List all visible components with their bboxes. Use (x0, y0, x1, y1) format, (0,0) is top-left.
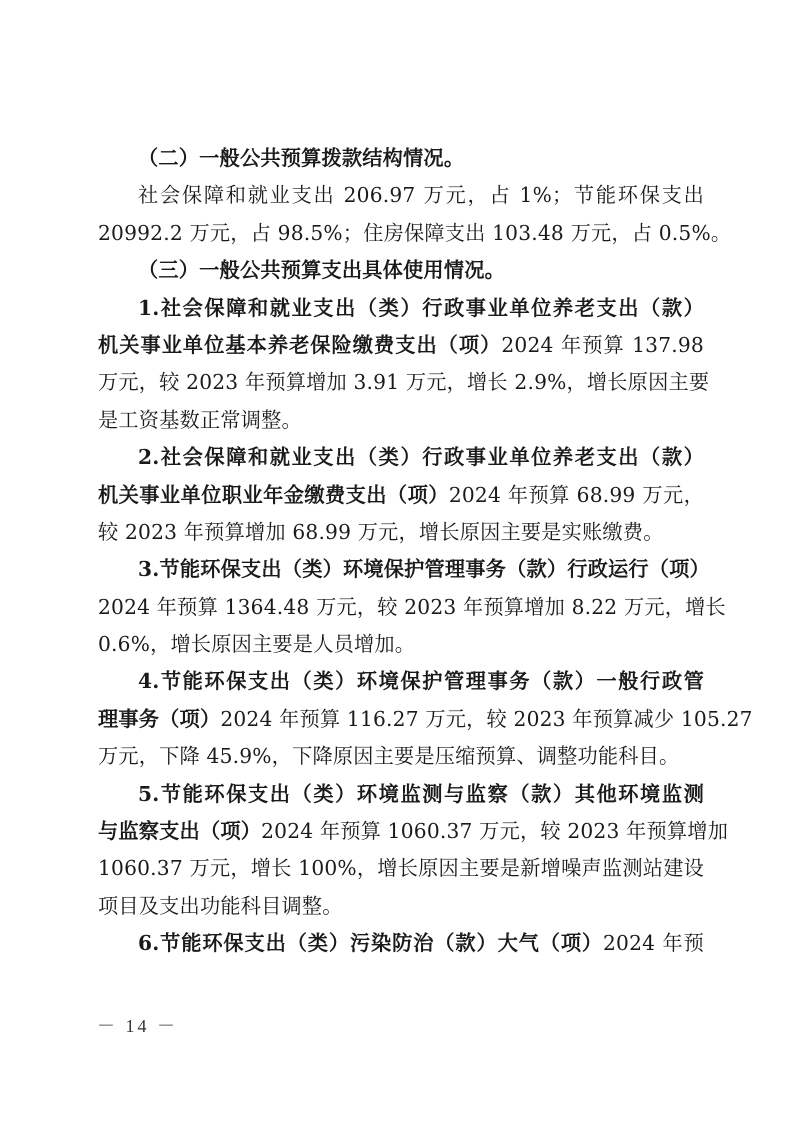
item-6-title: 6.节能环保支出（类）污染防治（款）大气（项） (138, 931, 603, 955)
item-4-title: 4.节能环保支出（类）环境保护管理事务（款）一般行政管 (98, 663, 704, 700)
item-1-title: 1.社会保障和就业支出（类）行政事业单位养老支出（款） (98, 290, 704, 327)
item-1-line: 万元，较 2023 年预算增加 3.91 万元，增长 2.9%，增长原因主要 (98, 364, 704, 401)
section-heading-3: （三）一般公共预算支出具体使用情况。 (98, 252, 704, 289)
item-5-line: 项目及支出功能科目调整。 (98, 888, 704, 925)
item-4-title-cont: 理事务（项） (98, 707, 220, 731)
item-5-title-cont: 与监察支出（项） (98, 819, 261, 843)
paragraph-line: 社会保障和就业支出 206.97 万元，占 1%；节能环保支出 (98, 177, 704, 214)
item-2-text: 2024 年预算 68.99 万元， (449, 483, 704, 507)
item-2-line: 机关事业单位职业年金缴费支出（项）2024 年预算 68.99 万元， (98, 477, 704, 514)
section-heading-2: （二）一般公共预算拨款结构情况。 (98, 140, 704, 177)
item-1-title-cont: 机关事业单位基本养老保险缴费支出（项） (98, 333, 501, 357)
item-1-line: 是工资基数正常调整。 (98, 402, 704, 439)
item-6-text: 2024 年预 (603, 931, 704, 955)
item-5-title: 5.节能环保支出（类）环境监测与监察（款）其他环境监测 (98, 776, 704, 813)
item-4-line: 理事务（项）2024 年预算 116.27 万元，较 2023 年预算减少 10… (98, 701, 704, 738)
item-1-line: 机关事业单位基本养老保险缴费支出（项）2024 年预算 137.98 (98, 327, 704, 364)
item-3-title: 3.节能环保支出（类）环境保护管理事务（款）行政运行（项） (98, 551, 704, 588)
paragraph-line: 20992.2 万元，占 98.5%；住房保障支出 103.48 万元，占 0.… (98, 215, 704, 252)
item-3-line: 0.6%，增长原因主要是人员增加。 (98, 626, 704, 663)
item-2-title-cont: 机关事业单位职业年金缴费支出（项） (98, 483, 449, 507)
item-2-title: 2.社会保障和就业支出（类）行政事业单位养老支出（款） (98, 439, 704, 476)
item-3-line: 2024 年预算 1364.48 万元，较 2023 年预算增加 8.22 万元… (98, 589, 704, 626)
item-4-line: 万元，下降 45.9%，下降原因主要是压缩预算、调整功能科目。 (98, 738, 704, 775)
item-5-line: 与监察支出（项）2024 年预算 1060.37 万元，较 2023 年预算增加 (98, 813, 704, 850)
item-6-line: 6.节能环保支出（类）污染防治（款）大气（项）2024 年预 (98, 925, 704, 962)
item-4-text: 2024 年预算 116.27 万元，较 2023 年预算减少 105.27 (220, 707, 752, 731)
item-1-text: 2024 年预算 137.98 (501, 333, 704, 357)
document-page: （二）一般公共预算拨款结构情况。 社会保障和就业支出 206.97 万元，占 1… (98, 140, 704, 963)
item-5-line: 1060.37 万元，增长 100%，增长原因主要是新增噪声监测站建设 (98, 850, 704, 887)
item-2-line: 较 2023 年预算增加 68.99 万元，增长原因主要是实账缴费。 (98, 514, 704, 551)
page-number: － 14 － (97, 1012, 178, 1038)
item-5-text: 2024 年预算 1060.37 万元，较 2023 年预算增加 (261, 819, 728, 843)
